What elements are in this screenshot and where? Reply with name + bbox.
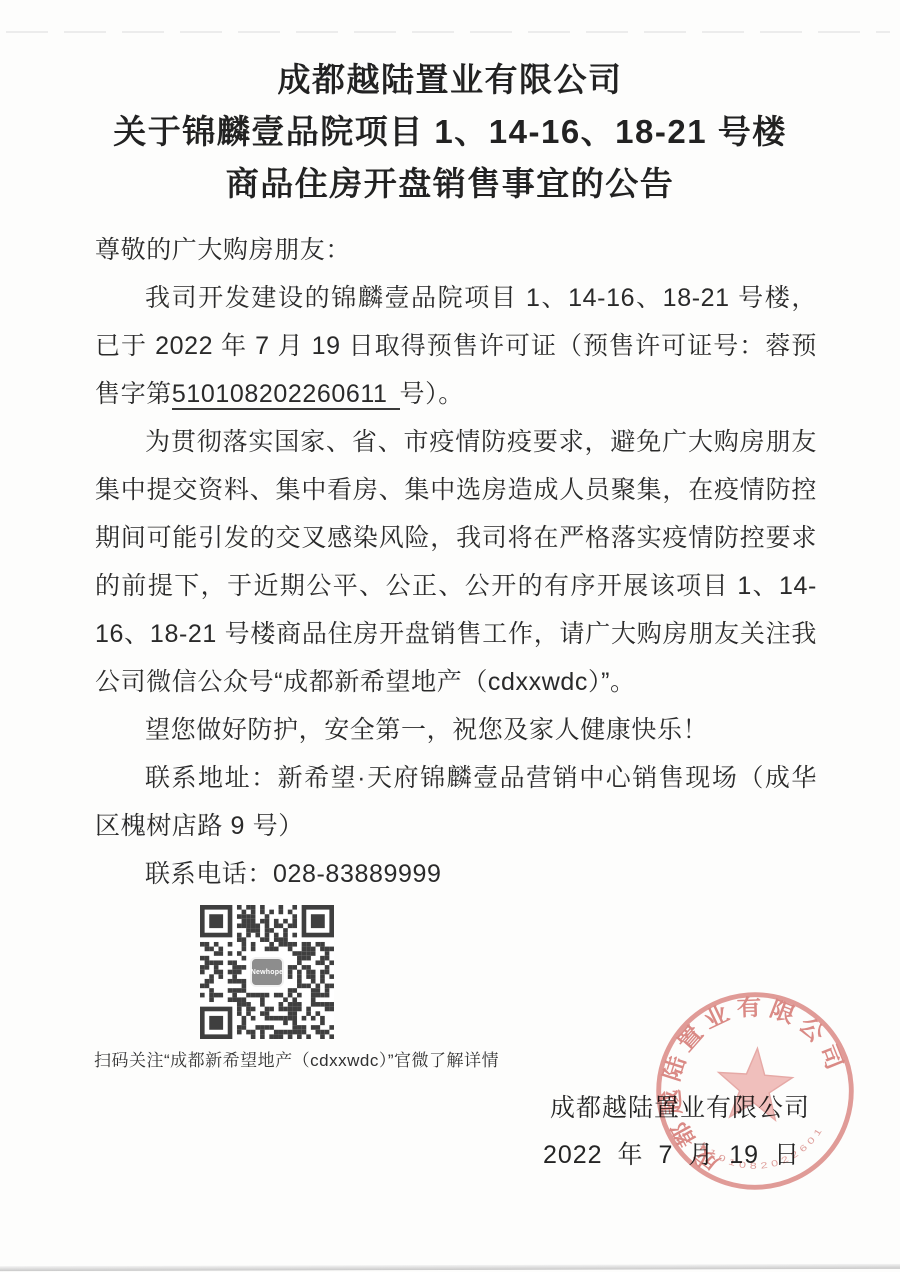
paragraph-wishes: 望您做好防护，安全第一，祝您及家人健康快乐！ [95,706,817,754]
wechat-qr-code: Newhope [200,905,334,1039]
scan-page-edge-shadow [0,1264,900,1271]
license-text-after: 号）。 [400,380,464,408]
title-line-company: 成都越陆置业有限公司 [0,54,900,106]
document-body: 尊敬的广大购房朋友： 我司开发建设的锦麟壹品院项目 1、14-16、18-21 … [95,226,817,898]
title-line-subject: 商品住房开盘销售事宜的公告 [0,158,900,210]
title-line-project: 关于锦麟壹品院项目 1、14-16、18-21 号楼 [0,106,900,158]
scan-artifact-line [6,31,890,33]
paragraph-epidemic-policy: 为贯彻落实国家、省、市疫情防疫要求，避免广大购房朋友集中提交资料、集中看房、集中… [95,418,817,706]
seal-star-icon [716,1046,795,1121]
announcement-document: 成都越陆置业有限公司 关于锦麟壹品院项目 1、14-16、18-21 号楼 商品… [0,0,900,1272]
paragraph-contact-address: 联系地址：新希望·天府锦麟壹品营销中心销售现场（成华区槐树店路 9 号） [95,754,817,850]
paragraph-license: 我司开发建设的锦麟壹品院项目 1、14-16、18-21 号楼，已于 2022 … [95,274,817,418]
company-seal-stamp: 成都越陆置业有限公司 5101082022601 [641,977,869,1205]
seal-code: 5101082022601 [697,1122,828,1175]
paragraph-contact-phone: 联系电话：028-83889999 [95,850,817,898]
document-title: 成都越陆置业有限公司 关于锦麟壹品院项目 1、14-16、18-21 号楼 商品… [0,54,900,210]
salutation: 尊敬的广大购房朋友： [95,226,817,274]
newhope-logo: Newhope [250,957,284,987]
qr-caption: 扫码关注“成都新希望地产（cdxxwdc）”官微了解详情 [94,1046,499,1071]
presale-license-number: 510108202260611 [172,380,400,410]
svg-text:5101082022601: 5101082022601 [697,1122,828,1175]
